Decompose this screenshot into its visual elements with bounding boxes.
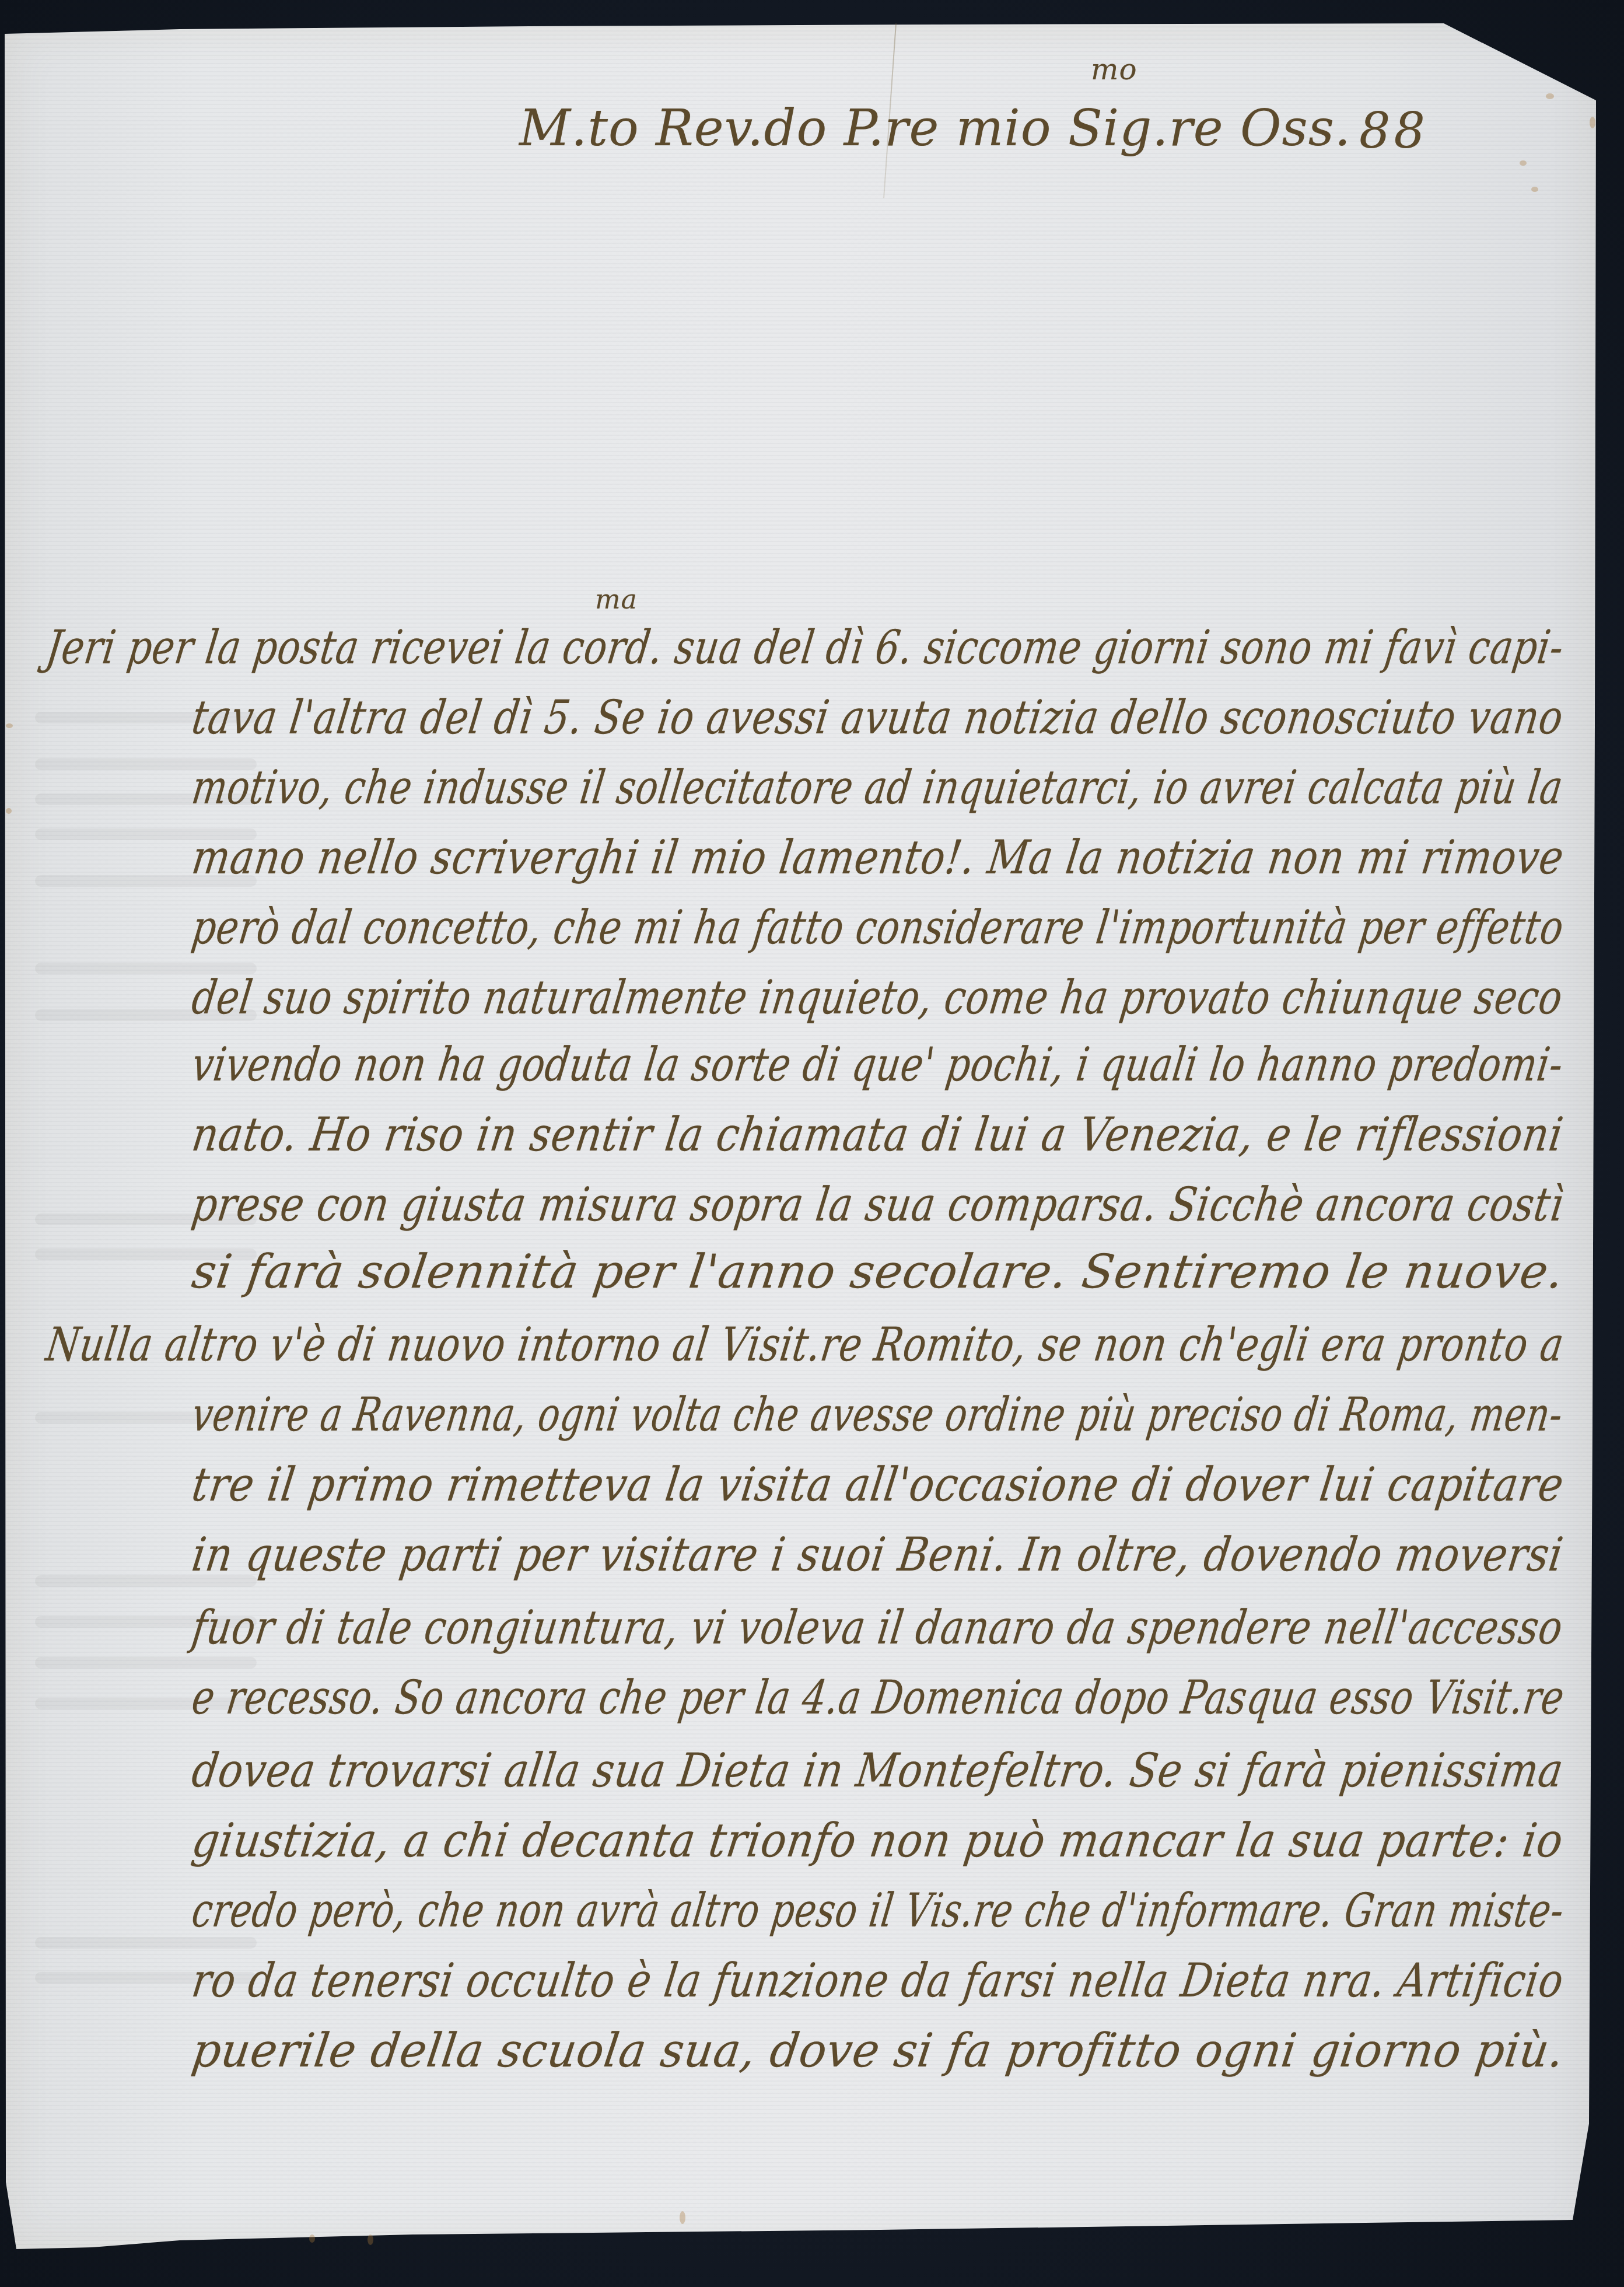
letter-line: dovea trovarsi alla sua Dieta in Montefe… [188,1742,1567,1800]
salutation-heading: M.to Rev.do P.re mio Sig.re Oss. [519,99,1351,158]
letter-line: venire a Ravenna, ogni volta che avesse … [188,1386,1567,1444]
foxing-stain [6,723,13,728]
foxing-stain [1531,187,1538,192]
letter-line: in queste parti per visitare i suoi Beni… [188,1526,1567,1584]
foxing-stain [1546,93,1554,99]
foxing-stain [309,2234,315,2243]
letter-line: però dal concetto, che mi ha fatto consi… [188,898,1567,957]
foxing-stain [680,2211,685,2224]
letter-line: tre il primo rimetteva la visita all'occ… [188,1456,1567,1514]
letter-line: Nulla altro v'è di nuovo intorno al Visi… [43,1316,1567,1374]
letter-line: vivendo non ha goduta la sorte di que' p… [188,1036,1567,1094]
foxing-stain [6,808,12,814]
letter-line: ro da tenersi occulto è la funzione da f… [188,1952,1567,2010]
letter-line: fuor di tale congiuntura, vi voleva il d… [188,1599,1567,1657]
letter-line: tava l'altra del dì 5. Se io avessi avut… [188,688,1567,747]
letter-line: prese con giusta misura sopra la sua com… [188,1176,1567,1234]
letter-line: Jeri per la posta ricevei la cord. sua d… [43,618,1567,677]
abbreviation-superscript: ma [595,583,638,615]
bleed-through-text [35,1657,257,1669]
letter-line: motivo, che indusse il sollecitatore ad … [188,758,1567,817]
letter-line: del suo spirito naturalmente inquieto, c… [188,968,1566,1027]
letter-line: credo però, che non avrà altro peso il V… [188,1882,1568,1940]
letter-line: nato. Ho riso in sentir la chiamata di l… [188,1106,1567,1164]
letter-line: mano nello scriverghi il mio lamento!. M… [188,828,1567,887]
foxing-stain [1520,160,1527,166]
letter-line: giustizia, a chi decanta trionfo non può… [188,1812,1567,1870]
letter-line: si farà solennità per l'anno secolare. S… [188,1243,1567,1301]
foxing-stain [1590,117,1595,128]
foxing-stain [367,2234,373,2245]
letter-line: e recesso. So ancora che per la 4.a Dome… [188,1669,1568,1727]
folio-number: 88 [1359,102,1429,159]
salutation-superscript: mo [1091,53,1137,86]
letter-line: puerile della scuola sua, dove si fa pro… [188,2022,1568,2080]
